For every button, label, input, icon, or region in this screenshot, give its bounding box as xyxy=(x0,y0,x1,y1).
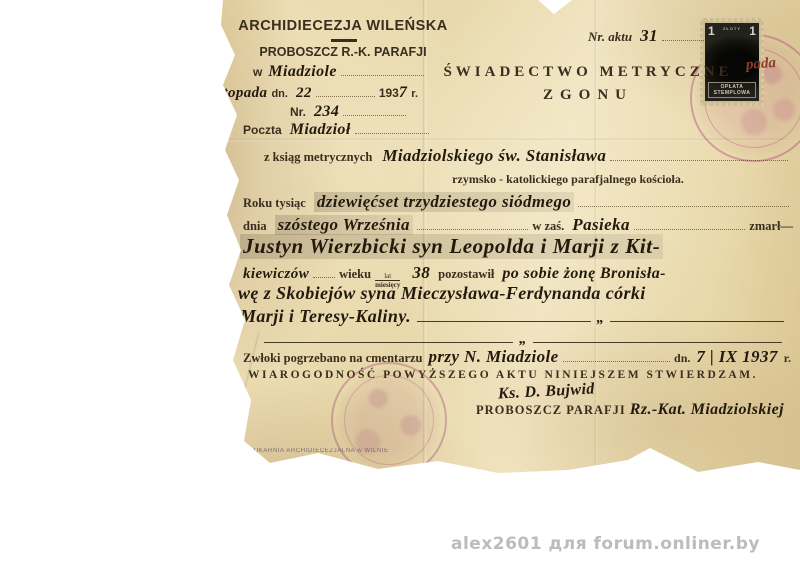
scan-background: { "watermark": "alex2601 для forum.onlin… xyxy=(0,0,800,565)
died-label: zmarł— xyxy=(749,219,793,234)
document-title-line2: ZGONU xyxy=(423,87,753,104)
dotted-leader xyxy=(563,349,670,362)
family-line: wę z Skobiejów syna Mieczysława-Ferdynan… xyxy=(238,283,646,304)
hamlet-label: w zaś. xyxy=(532,219,564,234)
document-paper: 1 ZŁOTY 1 OPŁATA STEMPLOWA pada ARCHIDIE… xyxy=(198,0,800,482)
burial-place-value: przy N. Miadziole xyxy=(429,347,559,367)
registry-books-value: Miadziolskiego św. Stanisława xyxy=(382,146,606,166)
stamp-value-right: 1 xyxy=(749,24,756,38)
burial-label: Zwłoki pogrzebano na cmentarzu xyxy=(243,351,423,366)
day-label: dn. xyxy=(271,88,288,100)
issue-month-value: listopada xyxy=(208,85,267,102)
issuer-name: ARCHIDIECEZJA WILEŃSKA xyxy=(208,18,478,34)
blank-rule xyxy=(533,330,782,343)
issuer-office: PROBOSZCZ R.-K. PARAFJI xyxy=(208,45,478,59)
blank-rule xyxy=(264,330,513,343)
dotted-leader xyxy=(316,84,375,97)
attestation-line: WIAROGODNOŚĆ POWYŻSZEGO AKTU NINIEJSZEM … xyxy=(233,369,773,381)
printer-imprint: DRUKARNIA ARCHIDIECEZJALNA w WILNIE xyxy=(244,448,389,454)
year-digit-handwritten: 7 xyxy=(399,84,407,102)
ditto-mark: „ xyxy=(519,331,527,348)
issue-day-value: 22 xyxy=(296,85,312,102)
age-label: wieku xyxy=(339,267,371,282)
family-line2: Marji i Teresy-Kaliny. xyxy=(240,306,411,327)
burial-date-value: 7 | IX 1937 xyxy=(696,347,777,367)
dotted-leader xyxy=(341,63,424,76)
year-suffix: r. xyxy=(411,88,418,100)
dotted-leader xyxy=(610,148,788,161)
blank-rule xyxy=(610,309,784,322)
role-parish-value: Rz.-Kat. Miadziolskiej xyxy=(630,401,784,419)
act-number-label: Nr. aktu xyxy=(588,29,632,45)
dotted-leader xyxy=(634,217,745,230)
survived-value: po sobie żonę Bronisła- xyxy=(502,265,665,283)
dotted-leader xyxy=(343,103,406,116)
church-descriptor: rzymsko - katolickiego parafjalnego kośc… xyxy=(418,172,718,187)
post-value: Miadzioł xyxy=(290,121,351,139)
document-title-line1: ŚWIADECTWO METRYCZNE xyxy=(423,64,753,81)
year-printed: 193 xyxy=(379,86,399,100)
place-label: w xyxy=(253,65,262,79)
burial-date-suffix: r. xyxy=(784,351,791,366)
age-value: 38 xyxy=(412,263,430,283)
act-number-value: 31 xyxy=(640,26,658,46)
header-divider xyxy=(331,39,357,42)
watermark-text: alex2601 для forum.onliner.by xyxy=(451,534,760,554)
post-label: Poczta xyxy=(243,123,282,137)
year-words-label: Roku tysiąc xyxy=(243,196,306,211)
death-day-value: szóstego Września xyxy=(275,215,413,235)
number-value: 234 xyxy=(314,103,339,121)
issue-place-value: Miadziole xyxy=(268,63,337,81)
role-label: PROBOSZCZ PARAFJI xyxy=(476,403,626,418)
burial-date-label: dn. xyxy=(674,351,690,366)
hamlet-value: Pasieka xyxy=(572,215,630,235)
death-day-label: dnia xyxy=(243,219,267,234)
number-label: Nr. xyxy=(290,105,306,119)
dotted-leader xyxy=(355,121,429,134)
registry-books-label: z ksiąg metrycznych xyxy=(264,150,372,165)
year-words-value: dziewięćset trzydziestego siódmego xyxy=(314,192,574,212)
surname-continuation: kiewiczów xyxy=(243,266,309,283)
dotted-leader xyxy=(417,217,528,230)
survived-label: pozostawił xyxy=(438,267,494,282)
dotted-leader xyxy=(578,194,789,207)
deceased-name-line: Justyn Wierzbicki syn Leopolda i Marji z… xyxy=(240,234,663,259)
stamp-currency: ZŁOTY xyxy=(723,26,741,31)
dotted-leader xyxy=(313,265,335,278)
blank-rule xyxy=(417,309,591,322)
stamp-value-left: 1 xyxy=(708,24,715,38)
dotted-leader xyxy=(662,28,704,41)
ditto-mark: „ xyxy=(597,310,605,327)
